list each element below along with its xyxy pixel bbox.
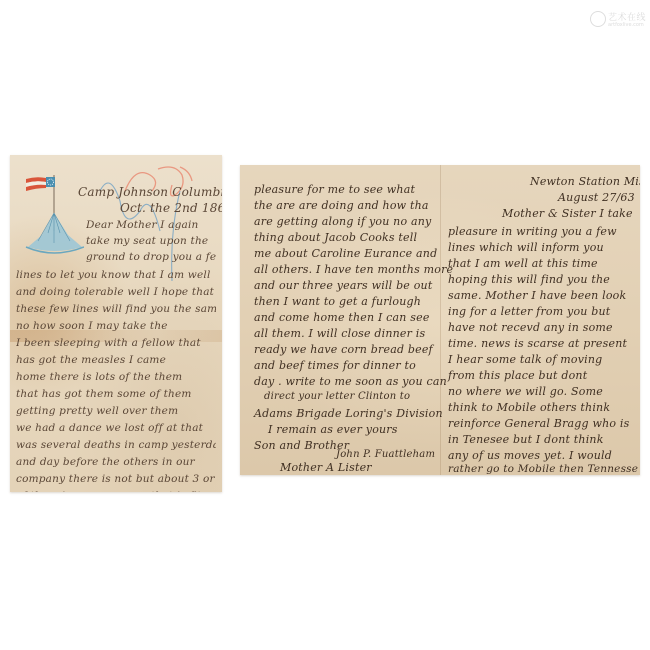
letter-salutation: Mother & Sister I take bbox=[502, 207, 633, 220]
letter-line: I remain as ever yours bbox=[268, 423, 398, 436]
letter-line: the are are doing and how tha bbox=[254, 199, 429, 212]
letter-place: Camp Johnson Columbia S.C. bbox=[78, 185, 222, 199]
letter-line: no how soon I may take the bbox=[16, 320, 216, 332]
right-letter: pleasure for me to see what the are are … bbox=[240, 165, 640, 475]
letter-date: Oct. the 2nd 1861 bbox=[120, 201, 222, 215]
letter-line: Adams Brigade Loring's Division bbox=[254, 407, 443, 420]
magnifier-ring-icon bbox=[590, 11, 606, 27]
letter-line: have not recevd any in some bbox=[448, 321, 613, 334]
letter-line: are getting along if you no any bbox=[254, 215, 431, 228]
letter-line: and beef times for dinner to bbox=[254, 359, 416, 372]
letter-line: all them. I will close dinner is bbox=[254, 327, 425, 340]
letter-line: these few lines will find you the same I… bbox=[16, 303, 216, 315]
letter-line: then I want to get a furlough bbox=[254, 295, 421, 308]
left-letter: Camp Johnson Columbia S.C. Oct. the 2nd … bbox=[10, 155, 222, 492]
letter-line: no where we will go. Some bbox=[448, 385, 603, 398]
letter-line: lines which will inform you bbox=[448, 241, 604, 254]
letter-line: Dear Mother I again bbox=[86, 219, 216, 231]
letter-line: same. Mother I have been look bbox=[448, 289, 626, 302]
letter-line: I hear some talk of moving bbox=[448, 353, 602, 366]
letter-line: any of us moves yet. I would bbox=[448, 449, 612, 462]
letter-line: ing for a letter from you but bbox=[448, 305, 610, 318]
watermark: 艺术在线 artfoxlive.com bbox=[590, 10, 648, 32]
letter-line: reinforce General Bragg who is bbox=[448, 417, 629, 430]
letter-line: and doing tolerable well I hope that bbox=[16, 286, 216, 298]
letter-line: Son and Brother bbox=[254, 439, 349, 452]
center-fold bbox=[440, 165, 441, 475]
letter-line: and our three years will be out bbox=[254, 279, 432, 292]
letter-line: pleasure in writing you a few bbox=[448, 225, 617, 238]
letter-line: ground to drop you a few bbox=[86, 251, 216, 263]
letter-line: from this place but dont bbox=[448, 369, 587, 382]
letter-line: direct your letter Clinton to bbox=[264, 391, 410, 402]
letter-line: thing about Jacob Cooks tell bbox=[254, 231, 417, 244]
letter-line: has got the measles I came bbox=[16, 354, 216, 366]
letter-line: in Tenesee but I dont think bbox=[448, 433, 604, 446]
letter-line: take my seat upon the bbox=[86, 235, 216, 247]
addressee: Mother A Lister bbox=[280, 461, 372, 474]
letter-line: hoping this will find you the bbox=[448, 273, 610, 286]
letter-line: lines to let you know that I am well bbox=[16, 269, 216, 281]
confederate-flag-icon bbox=[24, 173, 84, 261]
letter-line: we had a dance we lost off at that bbox=[16, 422, 216, 434]
letter-line: home there is lots of the them bbox=[16, 371, 216, 383]
letter-line: all others. I have ten months more bbox=[254, 263, 453, 276]
letter-line: and day before the others in our bbox=[16, 456, 216, 468]
letter-line: company there is not but about 3 or 4 bbox=[16, 473, 216, 485]
letter-line: getting pretty well over them bbox=[16, 405, 216, 417]
letter-line: that has got them some of them bbox=[16, 388, 216, 400]
letter-place: Newton Station Miss. bbox=[530, 175, 640, 188]
letter-line: that I am well at this time bbox=[448, 257, 598, 270]
letter-line: of them in our company that is fit bbox=[16, 490, 216, 492]
letter-line: think to Mobile others think bbox=[448, 401, 610, 414]
letter-line: day . write to me soon as you can bbox=[254, 375, 447, 388]
watermark-text-en: artfoxlive.com bbox=[608, 22, 644, 28]
letter-line: was several deaths in camp yesterday bbox=[16, 439, 216, 451]
letter-date: August 27/63 bbox=[558, 191, 635, 204]
letter-line: rather go to Mobile then Tennesse bbox=[448, 463, 638, 475]
signature: John P. Fuattleham bbox=[336, 449, 435, 460]
letter-line: pleasure for me to see what bbox=[254, 183, 415, 196]
letter-line: me about Caroline Eurance and bbox=[254, 247, 437, 260]
letter-line: ready we have corn bread beef bbox=[254, 343, 433, 356]
letter-line: and come home then I can see bbox=[254, 311, 430, 324]
letter-line: time. news is scarse at present bbox=[448, 337, 627, 350]
letter-line: I been sleeping with a fellow that bbox=[16, 337, 216, 349]
